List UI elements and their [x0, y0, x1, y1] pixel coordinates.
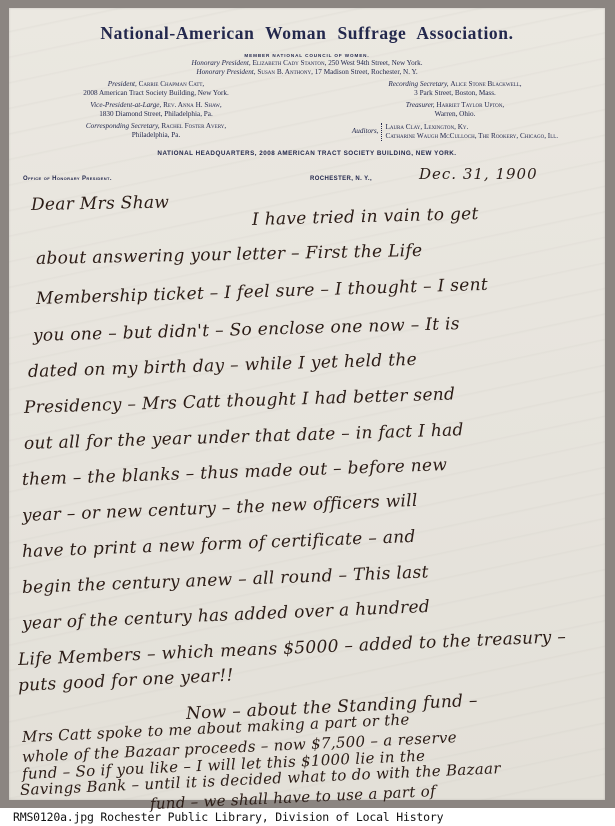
- salutation: Dear Mrs Shaw: [31, 193, 170, 215]
- honorary-title: Honorary President,: [196, 68, 255, 76]
- officer-title: Vice-President-at-Large,: [90, 101, 161, 109]
- handwritten-line: year of the century has added over a hun…: [22, 597, 431, 634]
- handwritten-line: you one – but didn't – So enclose one no…: [33, 314, 460, 346]
- officer-corresponding-secretary: Corresponding Secretary, Rachel Foster A…: [31, 122, 281, 131]
- archive-caption: RMS0120a.jpg Rochester Public Library, D…: [13, 808, 443, 826]
- honorary-name: Elizabeth Cady Stanton,: [253, 59, 327, 67]
- officer-president: President, Carrie Chapman Catt,: [31, 80, 281, 89]
- auditor-name: Laura Clay, Lexington, Ky.: [385, 123, 558, 132]
- honorary-address: 17 Madison Street, Rochester, N. Y.: [315, 68, 418, 76]
- handwritten-line: begin the century anew – all round – Thi…: [22, 562, 429, 598]
- letter-page: National-American Woman Suffrage Associa…: [9, 8, 605, 800]
- honorary-address: 250 West 94th Street, New York.: [328, 59, 422, 67]
- auditors-names: Laura Clay, Lexington, Ky. Catharine Wau…: [381, 123, 558, 141]
- honorary-president-anthony: Honorary President, Susan B. Anthony, 17…: [9, 68, 605, 77]
- officer-address: 1830 Diamond Street, Philadelphia, Pa.: [31, 110, 281, 119]
- handwritten-line: out all for the year under that date – i…: [24, 420, 464, 454]
- officer-name: Carrie Chapman Catt,: [139, 80, 205, 88]
- officer-treasurer: Treasurer, Harriet Taylor Upton,: [305, 101, 605, 110]
- handwritten-line: I have tried in vain to get: [252, 204, 479, 230]
- letterhead-member-line: MEMBER NATIONAL COUNCIL OF WOMEN.: [9, 53, 605, 58]
- handwritten-line: have to print a new form of certificate …: [22, 527, 416, 562]
- officer-title: Corresponding Secretary,: [86, 122, 160, 130]
- officer-title: Treasurer,: [406, 101, 435, 109]
- officer-auditors: Auditors, Laura Clay, Lexington, Ky. Cat…: [305, 123, 605, 141]
- handwritten-line: about answering your letter – First the …: [36, 241, 423, 269]
- honorary-name: Susan B. Anthony,: [257, 68, 313, 76]
- auditors-title: Auditors,: [352, 127, 379, 136]
- officer-address: Warren, Ohio.: [305, 110, 605, 119]
- officers-left-column: President, Carrie Chapman Catt, 2008 Ame…: [31, 80, 281, 140]
- officer-name: Rachel Foster Avery,: [161, 122, 226, 130]
- officers-right-column: Recording Secretary, Alice Stone Blackwe…: [305, 80, 605, 141]
- handwritten-line: dated on my birth day – while I yet held…: [28, 350, 418, 382]
- headquarters-line: NATIONAL HEADQUARTERS, 2008 AMERICAN TRA…: [9, 150, 605, 157]
- officer-title: President,: [108, 80, 137, 88]
- handwritten-date: Dec. 31, 1900: [419, 165, 538, 183]
- letterhead-title: National-American Woman Suffrage Associa…: [9, 23, 605, 44]
- officer-address: Philadelphia, Pa.: [31, 131, 281, 140]
- officer-address: 2008 American Tract Society Building, Ne…: [31, 89, 281, 98]
- handwritten-line: Presidency – Mrs Catt thought I had bett…: [24, 384, 456, 418]
- officer-name: Rev. Anna H. Shaw,: [163, 101, 222, 109]
- auditor-name: Catharine Waugh McCulloch, The Rookery, …: [385, 132, 558, 141]
- handwritten-line: puts good for one year!!: [18, 665, 235, 696]
- officer-recording-secretary: Recording Secretary, Alice Stone Blackwe…: [305, 80, 605, 89]
- officer-address: 3 Park Street, Boston, Mass.: [305, 89, 605, 98]
- honorary-president-stanton: Honorary President, Elizabeth Cady Stant…: [9, 59, 605, 68]
- officer-name: Harriet Taylor Upton,: [436, 101, 504, 109]
- handwritten-line: Life Members – which means $5000 – added…: [18, 627, 567, 670]
- handwritten-line: Membership ticket – I feel sure – I thou…: [36, 275, 489, 309]
- officer-title: Recording Secretary,: [388, 80, 448, 88]
- city-line: ROCHESTER, N. Y.,: [310, 176, 372, 182]
- officer-vice-president: Vice-President-at-Large, Rev. Anna H. Sh…: [31, 101, 281, 110]
- office-line: Office of Honorary President.: [23, 176, 112, 182]
- handwritten-line: year – or new century – the new officers…: [22, 491, 418, 526]
- handwritten-line: them – the blanks – thus made out – befo…: [22, 455, 448, 490]
- officer-name: Alice Stone Blackwell,: [450, 80, 521, 88]
- honorary-title: Honorary President,: [191, 59, 250, 67]
